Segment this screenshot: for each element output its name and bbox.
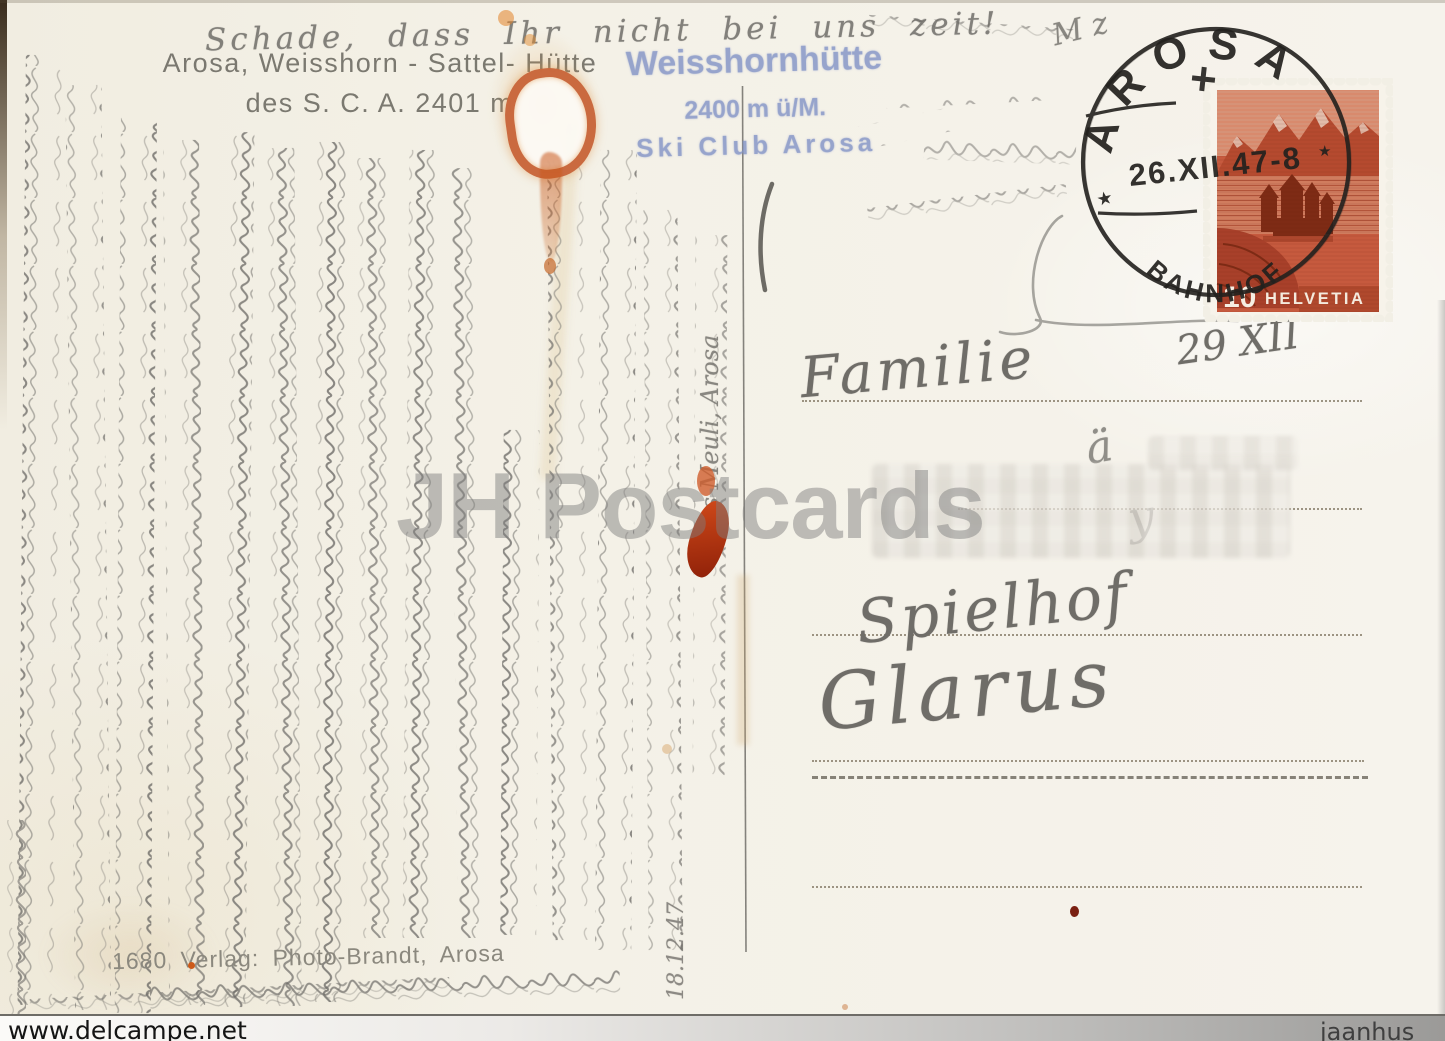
redaction-patch-main: [872, 464, 1290, 558]
postmark-star-icon-left: ★: [1095, 187, 1115, 210]
stain-halo: [488, 30, 598, 180]
printed-title-line2: des S. C. A. 2401 m: [150, 88, 610, 119]
postcard-paper: [0, 0, 1445, 1014]
tan-drip-stain: [737, 575, 749, 745]
sender-line-vertical: Haus Meuli, Arosa: [696, 120, 724, 560]
rust-dot-2: [498, 10, 514, 26]
stamp-engraving: [1217, 90, 1379, 312]
message-corner-note: M z: [1049, 6, 1112, 54]
address-rule-2: [958, 508, 1362, 510]
watermark-center: JH Postcards: [396, 452, 985, 560]
address-posted-note: 29 XII: [1173, 312, 1302, 375]
postmark-office: BAHNHOF: [1141, 254, 1291, 308]
address-rule-3: [812, 634, 1362, 636]
divider-line: [743, 86, 747, 952]
stamp-denomination: 10: [1223, 281, 1256, 314]
hut-stamp-line1: Weisshornhütte: [603, 38, 904, 85]
stain-streak: [539, 120, 580, 480]
svg-text:BAHNHOF: BAHNHOF: [1141, 254, 1291, 308]
postmark-date: 26.XII.47-8: [1127, 140, 1303, 193]
stain-corner-smudge: [40, 900, 220, 1010]
pencil-stroke: [761, 184, 772, 290]
wax-drip-stain: [540, 152, 562, 262]
address-rule-4: [812, 760, 1364, 762]
corner-scrawl: [819, 15, 1076, 234]
hut-rubber-stamp: Weisshornhütte 2400 m ü/M. Ski Club Aros…: [603, 38, 906, 165]
hut-stamp-line3: Ski Club Arosa: [606, 126, 907, 165]
address-line-familie: Familie: [798, 326, 1039, 411]
stamp-country: HELVETIA: [1265, 290, 1365, 308]
message-columns: [0, 55, 727, 1015]
postage-stamp: 10 HELVETIA: [1203, 78, 1393, 322]
scan-edge-right: [1437, 300, 1445, 1016]
wax-blob-small: [697, 466, 715, 496]
sender-date-vertical: 18.12.47: [664, 760, 689, 1000]
wax-seal-stain: [499, 62, 603, 183]
postmark-bar-lower: [1098, 211, 1197, 214]
postmark-ring: [1083, 29, 1349, 295]
address-rule-1: [802, 400, 1362, 402]
message-top-line: Schade, dass Ihr nicht bei uns zeit!: [205, 6, 1000, 59]
pencil-two-scribble: [1000, 216, 1238, 334]
hut-stamp-line2: 2400 m ü/M.: [605, 91, 906, 128]
watermark-seller: jaanhus: [1320, 1018, 1414, 1041]
watermark-site: www.delcampe.net: [8, 1016, 247, 1041]
address-rule-4b: [812, 776, 1368, 779]
rust-dot-5: [1070, 906, 1079, 917]
scan-edge-left: [0, 0, 7, 430]
redaction-patch-small: [1148, 436, 1298, 470]
printed-title-line1: Arosa, Weisshorn - Sattel- Hütte: [150, 48, 610, 79]
postmark: AROSA BAHNHOF 26.XII.47-8 ★ ★: [0, 0, 1445, 1041]
address-line-spielhof: Spielhof: [853, 560, 1133, 658]
rust-dot-4: [188, 962, 195, 969]
rust-dot-1: [544, 258, 556, 274]
postmark-town: AROSA: [1073, 19, 1314, 158]
postmark-cross-icon: [1191, 66, 1216, 92]
address-rule-5: [812, 886, 1362, 888]
postmark-star-icon-right: ★: [1318, 143, 1331, 160]
scan-bottom-strip: www.delcampe.net jaanhus: [0, 1014, 1445, 1041]
postcard-scan: Arosa, Weisshorn - Sattel- Hütte des S. …: [0, 0, 1445, 1041]
scan-edge-top: [0, 0, 1445, 3]
address-fragment-2: y: [1124, 488, 1157, 545]
rust-dot-7: [842, 1004, 848, 1010]
address-line-glarus: Glarus: [815, 633, 1119, 749]
svg-text:AROSA: AROSA: [1073, 19, 1314, 158]
rust-dot-3: [524, 34, 536, 46]
postmark-bar-upper: [1086, 103, 1176, 116]
publisher-line: 1680 Verlag: Photo-Brandt, Arosa: [112, 940, 505, 975]
rust-dot-6: [662, 744, 672, 754]
address-fragment-1: ä: [1082, 420, 1117, 475]
handwriting-scribbles: [0, 0, 1445, 1041]
stamp-perforation: [1206, 81, 1390, 319]
wax-blob-stain: [681, 497, 735, 581]
message-bottom-scrawl: [30, 966, 621, 1025]
